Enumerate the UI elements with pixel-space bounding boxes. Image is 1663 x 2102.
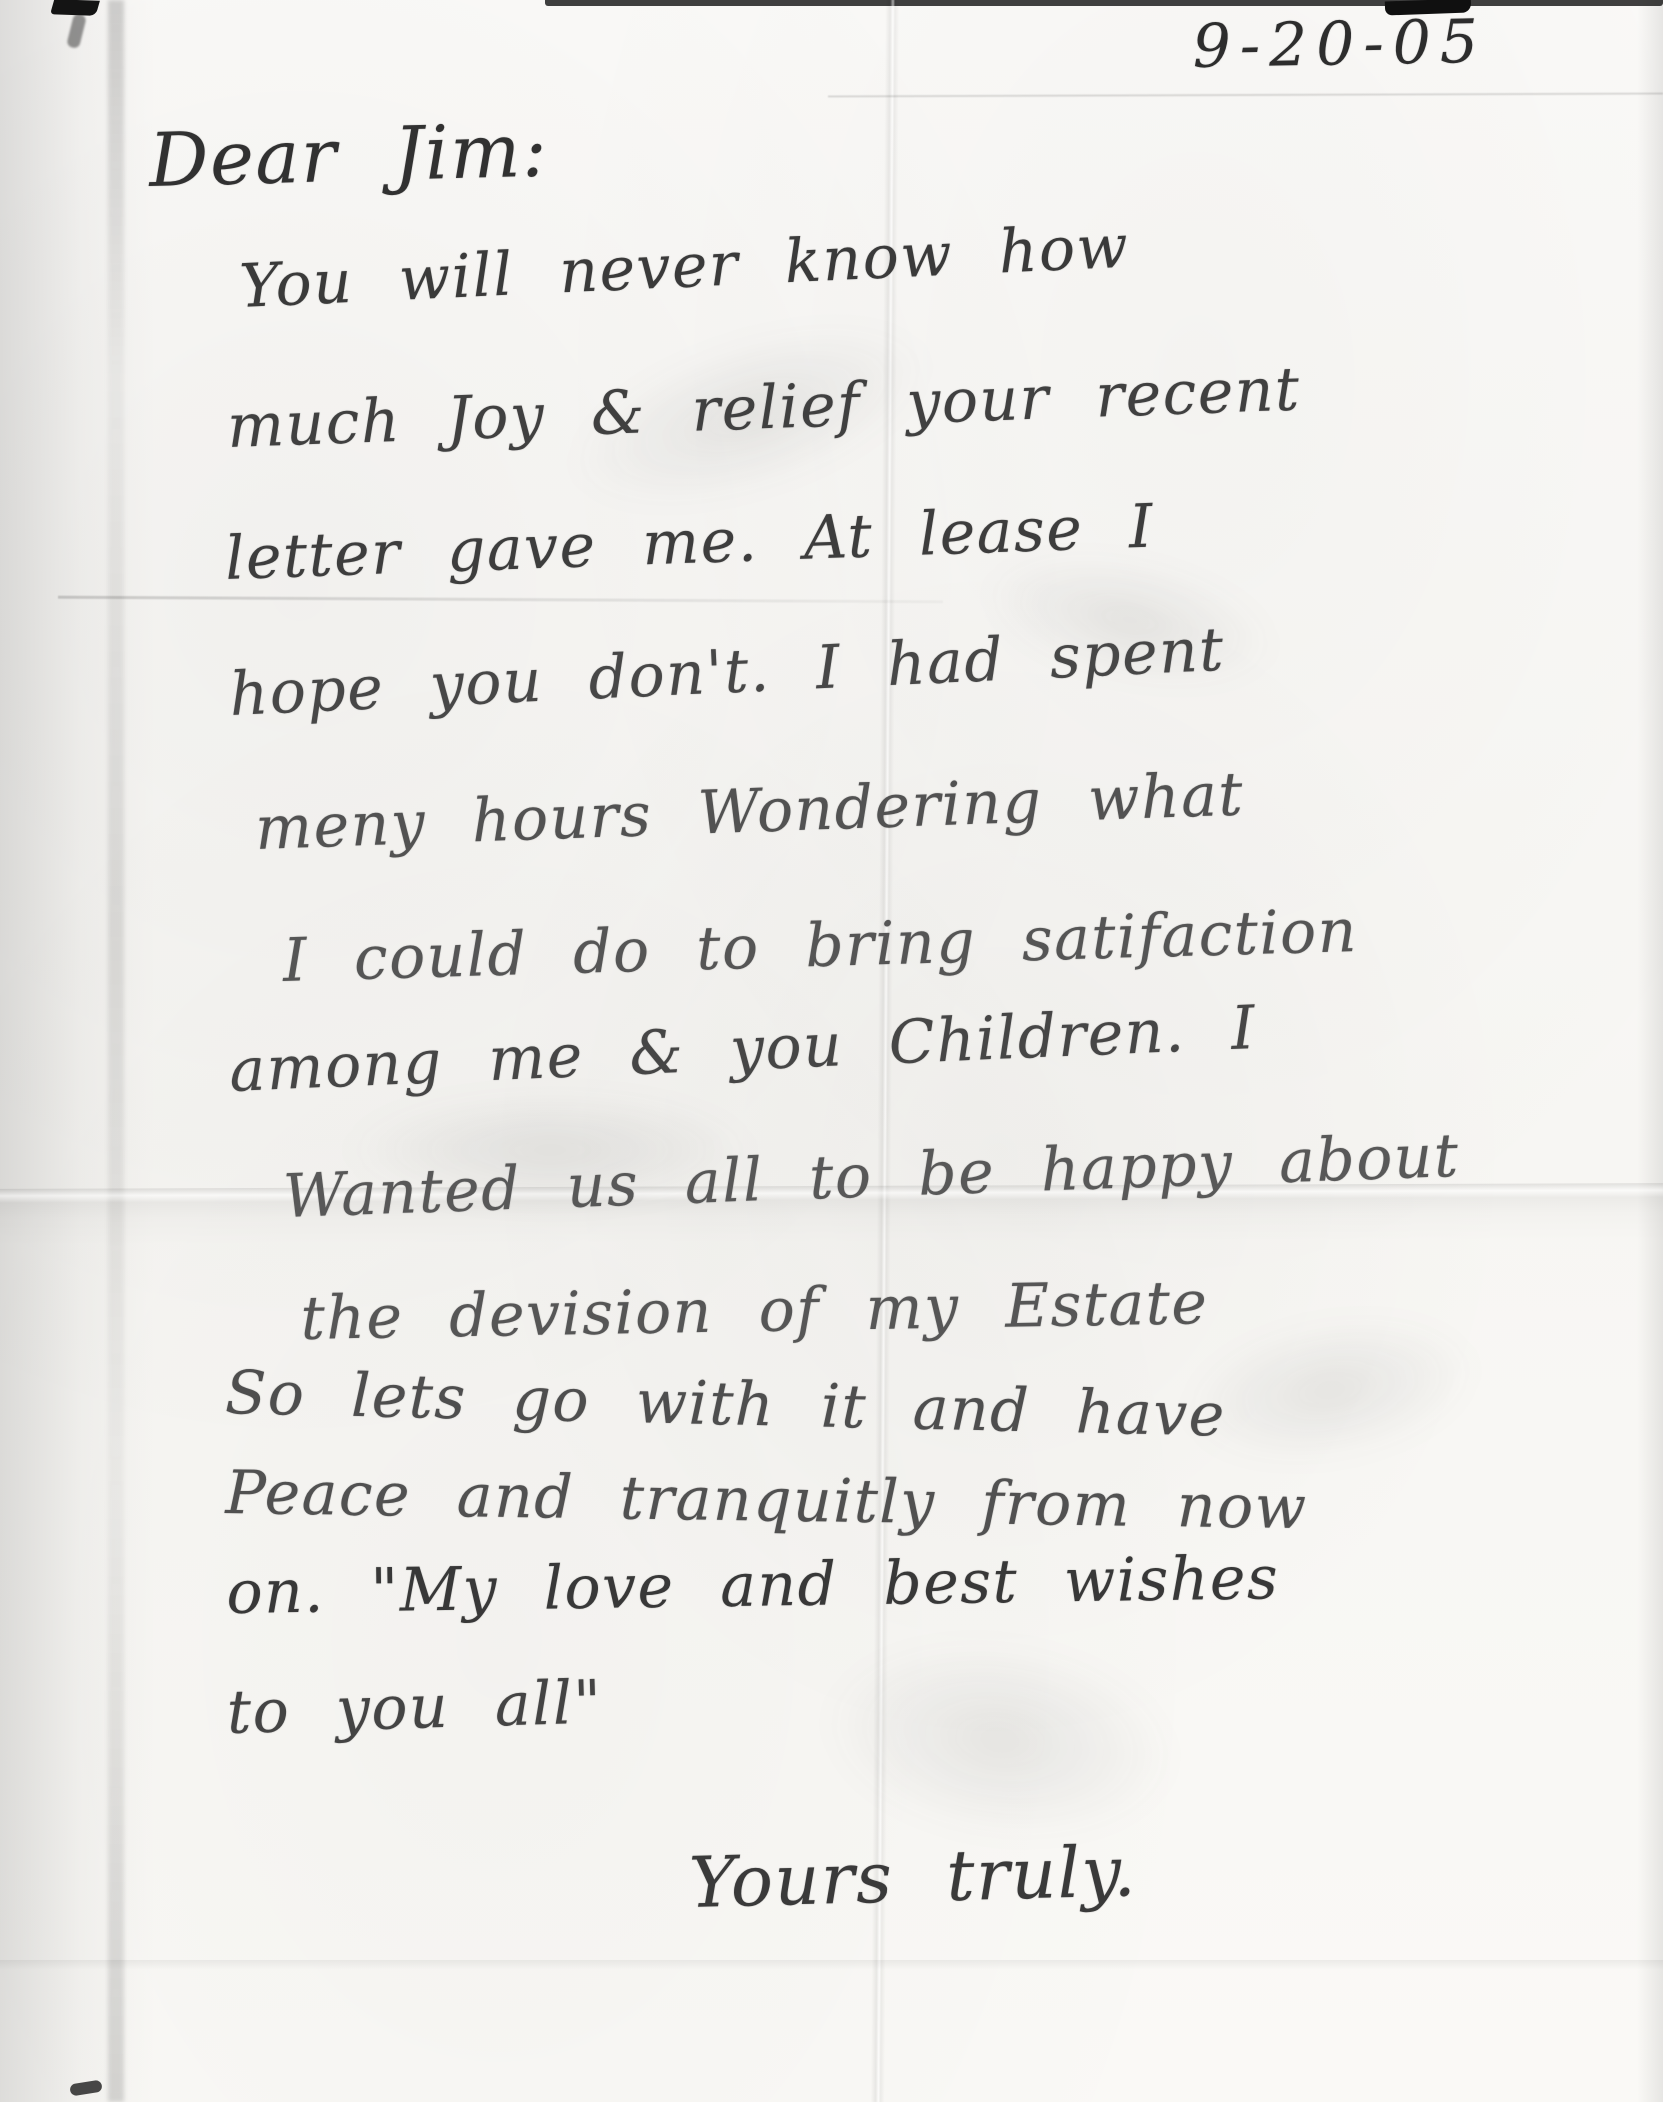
paper-wrinkle <box>808 1616 1192 1864</box>
letter-line: So lets go with it and have <box>224 1358 1226 1451</box>
letter-line: Peace and tranquitly from now <box>225 1458 1308 1543</box>
scan-left-edge-shadow <box>0 0 155 2102</box>
letter-line: on. "My love and best wishes <box>226 1543 1280 1628</box>
letter-line: hope you don't. I had spent <box>228 615 1226 730</box>
letter-line: You will never know how <box>238 212 1131 322</box>
scan-right-edge-shadow <box>1637 0 1663 2102</box>
letter-line: the devision of my Estate <box>300 1268 1209 1354</box>
letter-date: 9-20-05 <box>1192 7 1488 82</box>
scan-top-edge-line <box>545 0 1663 6</box>
letter-line: meny hours Wondering what <box>254 759 1245 863</box>
letter-closing: Yours truly. <box>688 1830 1138 1924</box>
fold-crease-horizontal-top <box>828 93 1663 98</box>
letter-salutation: Dear Jim: <box>148 108 549 204</box>
fold-crease-horizontal-upper <box>58 596 943 604</box>
scan-left-crease-streak <box>108 0 124 2102</box>
letter-line: among me & you Children. I <box>228 993 1258 1106</box>
scanned-handwritten-letter: 9-20-05 Dear Jim: You will never know ho… <box>0 0 1663 2102</box>
letter-line: I could do to bring satifaction <box>282 896 1359 996</box>
scan-corner-mark <box>50 0 100 16</box>
fold-crease-horizontal-lower <box>0 1960 1663 1970</box>
letter-line: to you all" <box>226 1668 604 1748</box>
